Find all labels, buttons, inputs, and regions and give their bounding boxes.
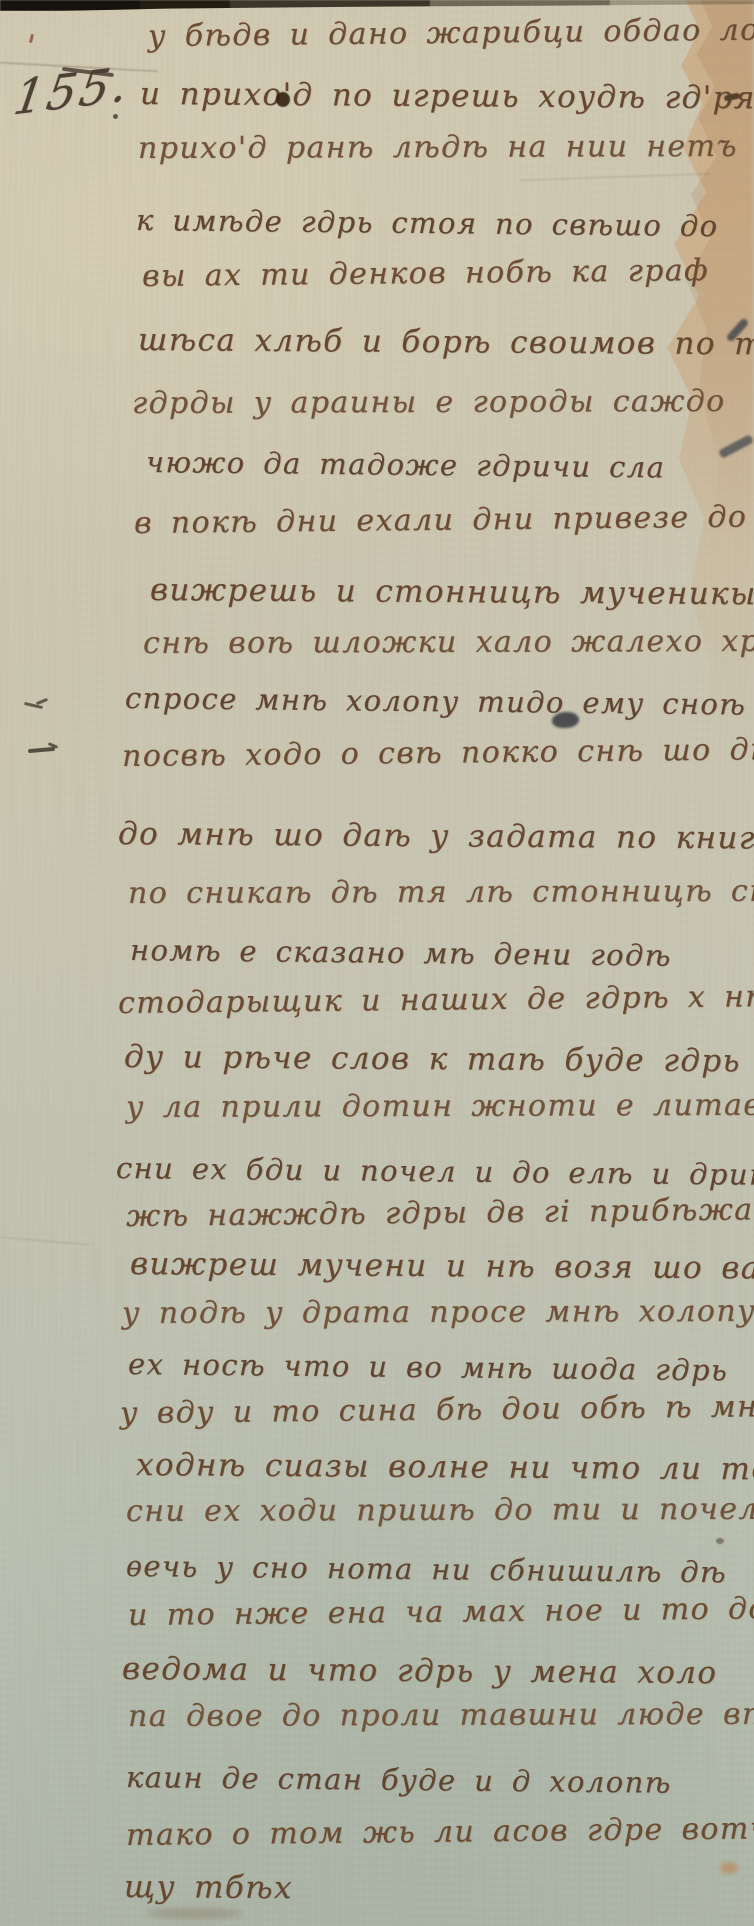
manuscript-line: прихо'д ранѣ лѣдѣ на нии нетъ — [138, 125, 738, 171]
manuscript-line: спросе мнѣ холопу тидо ему сноѣ — [125, 676, 747, 727]
manuscript-line: и то нже ена ча мах ное и то дов нѣ — [128, 1586, 754, 1638]
manuscript-line: щу тбѣх — [124, 1865, 293, 1910]
manuscript-line: ведома и что гдрь у мена холо — [122, 1647, 718, 1695]
manuscript-line: номѣ е сказано мѣ дени годѣ — [130, 928, 672, 978]
manuscript-line: ѳечь у сно нота ни сбнишилѣ дѣ — [126, 1544, 727, 1594]
manuscript-line: ех носѣ что и во мнѣ шода гдрь — [128, 1342, 729, 1392]
manuscript-line: сни ех ходи пришѣ до ти и почелѣ — [126, 1488, 754, 1534]
manuscript-line: стодарыщик и наших де гдрѣ х нѣ вѣ — [118, 974, 754, 1026]
manuscript-line: вижреш мучени и нѣ возя шо василѣ — [130, 1242, 754, 1291]
blotted-word-smudge — [552, 712, 579, 728]
manuscript-line: у ла прили дотин жноти е литавѣ — [126, 1084, 754, 1130]
manuscript-line: у вду и то сина бѣ дои обѣ ѣ множ — [120, 1385, 754, 1436]
manuscript-line: у бѣдв и дано жарибци обдао лотши ах чах — [148, 6, 754, 59]
manuscript-line: и прихо'д по игрешь хоудѣ гд'ря — [140, 72, 754, 120]
manuscript-line: вижрешь и стонницѣ мученикыѣ — [150, 568, 754, 616]
manuscript-line: ду и рѣче слов к таѣ буде гдрь — [124, 1035, 741, 1083]
manuscript-line: снѣ воѣ шложки хало жалехо хрѣ — [143, 620, 754, 666]
paper-smudge — [146, 1908, 242, 1919]
manuscript-line: посвѣ ходо о свѣ покко снѣ шо дѣ рѣ — [122, 727, 754, 779]
manuscript-line: вы ах ти денков нобѣ ка граф — [142, 249, 709, 299]
manuscript-line: у подѣ у драта просе мнѣ холопу ілрх — [122, 1289, 754, 1336]
manuscript-line: каин де стан буде и д холопѣ — [126, 1755, 672, 1805]
manuscript-line: в покѣ дни ехали дни привезе до х — [134, 495, 754, 546]
manuscript-line: ходнѣ сиазы волне ни что ли то — [136, 1443, 754, 1491]
ink-blot — [276, 92, 290, 107]
paper-stain-spot — [720, 1862, 738, 1874]
manuscript-line: чюжо да тадоже гдричи сла — [146, 440, 666, 489]
manuscript-line: жѣ нажждѣ гдры дв гі прибѣжа — [126, 1188, 754, 1239]
manuscript-line: к имѣде гдрь стоя по свѣшо до — [136, 198, 719, 248]
folio-number-dot — [113, 114, 118, 119]
manuscript-line: шѣса хлѣб и борѣ своимов по тѣ — [138, 318, 754, 367]
paper-stain-spot — [716, 1538, 724, 1544]
manuscript-line: до мнѣ шо даѣ у задата по книга по ли — [118, 812, 754, 861]
manuscript-scan: { "document": { "kind_label": "handwritt… — [0, 0, 754, 1926]
manuscript-line: гдрды у араины е городы саждо — [132, 380, 726, 426]
manuscript-line: па двое до проли тавшни люде впре — [128, 1693, 754, 1739]
manuscript-line: тако о том жь ли асов гдре вотчи — [126, 1807, 754, 1858]
manuscript-line: по сникаѣ дѣ тя лѣ стонницѣ сну чен — [128, 869, 754, 916]
